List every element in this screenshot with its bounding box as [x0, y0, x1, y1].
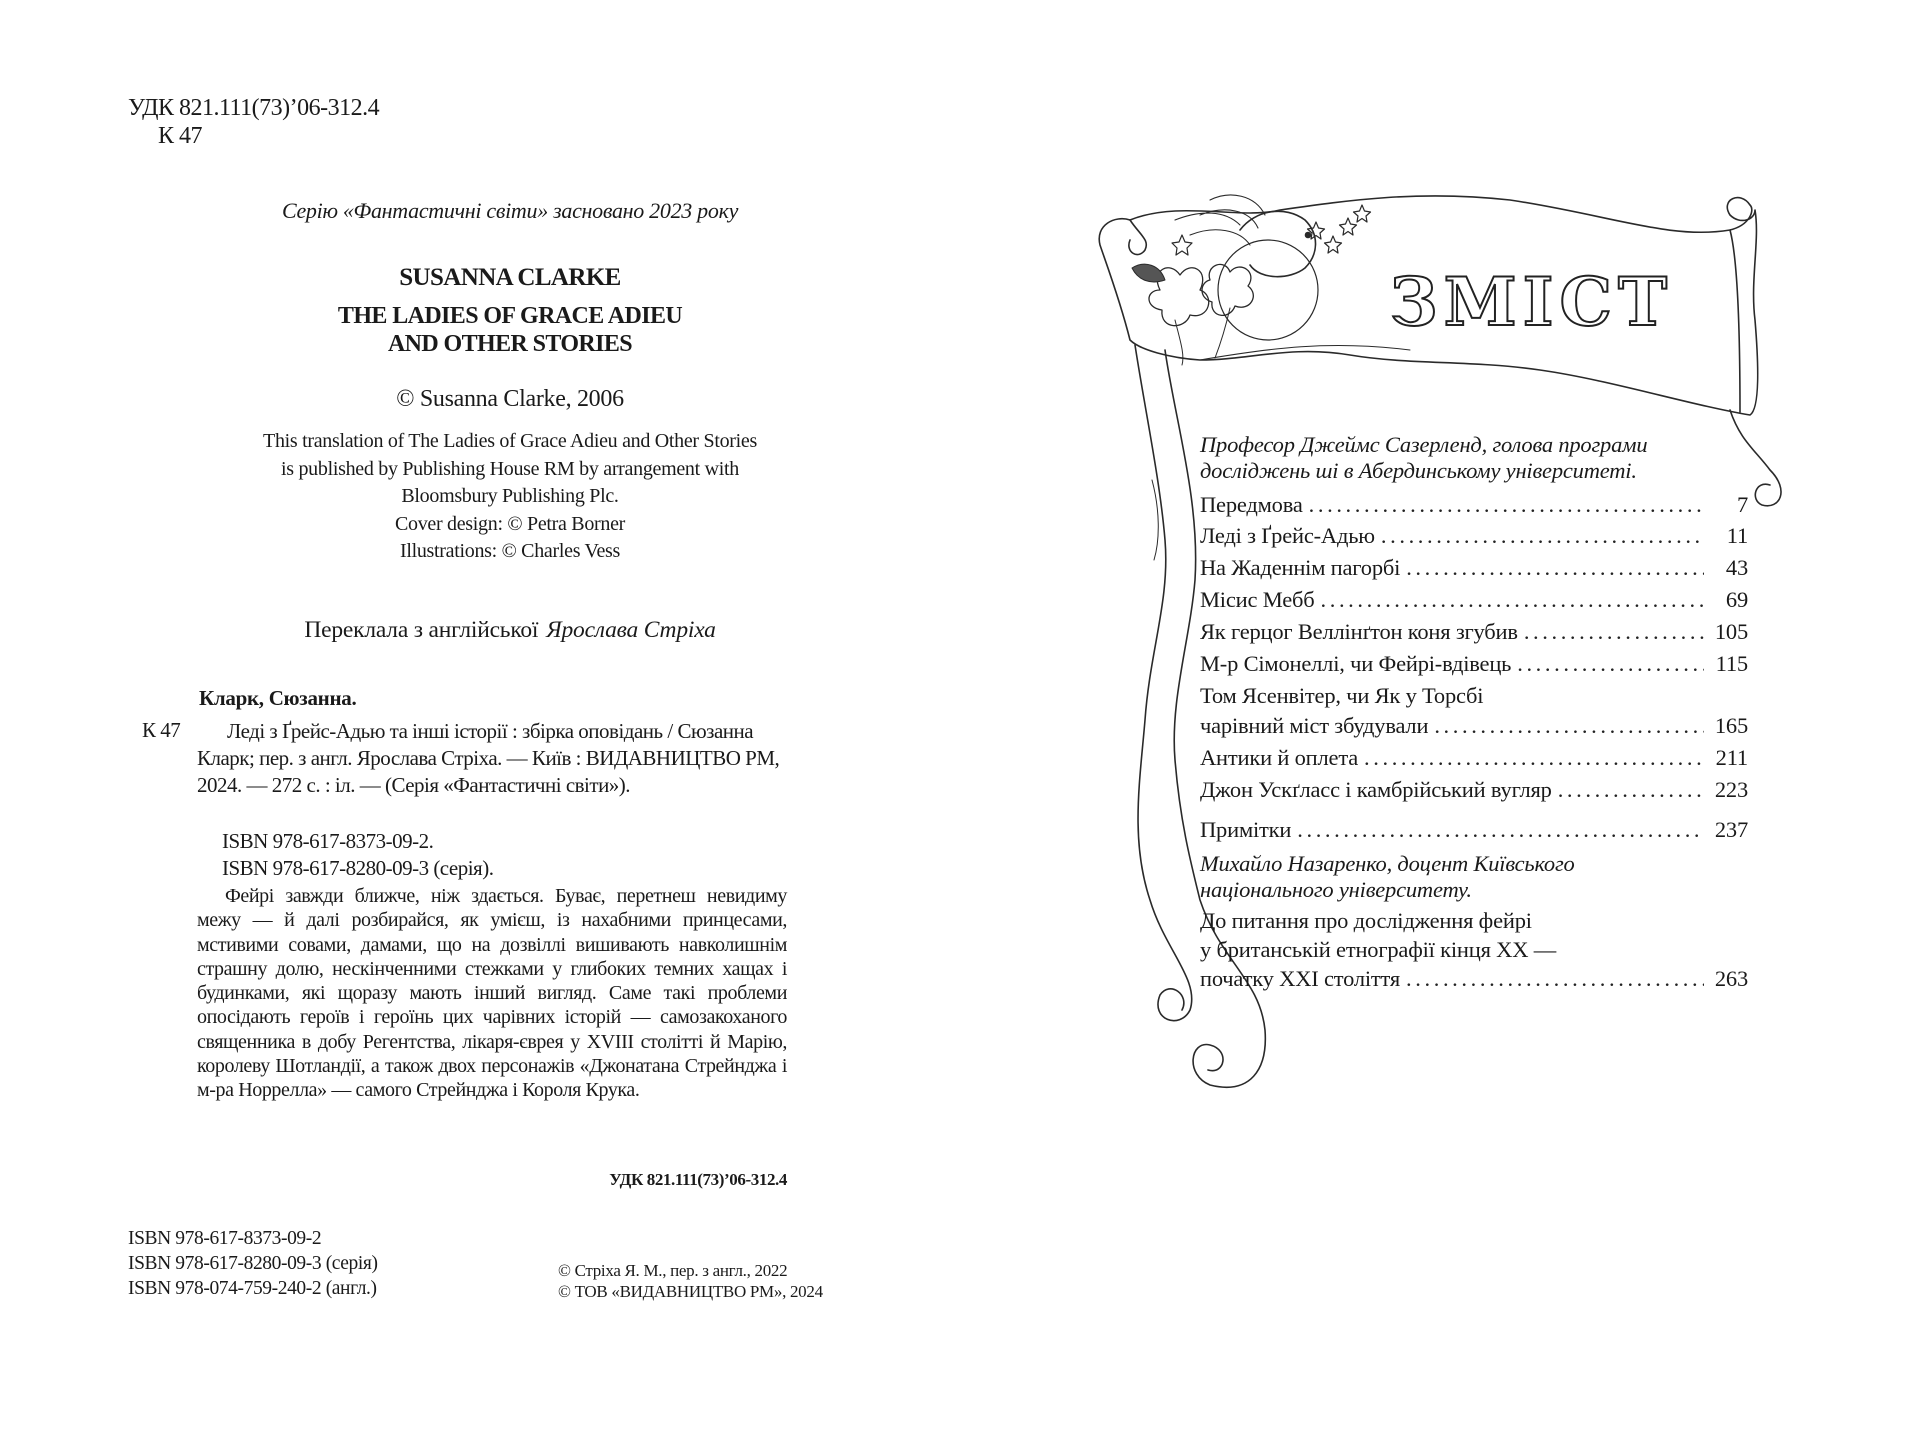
toc-entry[interactable]: Леді з Ґрейс-Адью11	[1200, 523, 1748, 555]
leader-dots	[1381, 523, 1704, 549]
author-mark: К 47	[158, 122, 202, 150]
credit-line: is published by Publishing House RM by a…	[130, 456, 890, 484]
series-note: Серію «Фантастичні світи» засновано 2023…	[130, 198, 890, 224]
catalog-code: К 47	[142, 718, 180, 743]
toc-entry-title: Місис Мебб	[1200, 587, 1315, 613]
foreword-author-line: досліджень ші в Абердинському університе…	[1200, 458, 1748, 484]
catalog-udk: УДК 821.111(73)’06-312.4	[197, 1170, 787, 1190]
credit-line: Cover design: © Petra Borner	[130, 511, 890, 539]
toc-entry-page: 237	[1710, 817, 1748, 843]
translator-label: Переклала з англійської	[304, 617, 538, 643]
leader-dots	[1297, 817, 1704, 843]
leader-dots	[1364, 745, 1704, 771]
toc-entry-title: На Жаденнім пагорбі	[1200, 555, 1400, 581]
toc-entry[interactable]: На Жаденнім пагорбі43	[1200, 555, 1748, 587]
afterword-author-line: Михайло Назаренко, доцент Київського	[1200, 851, 1748, 877]
catalog-isbns: ISBN 978-617-8373-09-2. ISBN 978-617-828…	[222, 828, 493, 882]
credit-line: This translation of The Ladies of Grace …	[130, 428, 890, 456]
credit-line: Illustrations: © Charles Vess	[130, 538, 890, 566]
isbn-line: ISBN 978-617-8280-09-3 (серія)	[128, 1251, 378, 1276]
toc-entry-page: 211	[1710, 745, 1748, 771]
isbn-line: ISBN 978-617-8373-09-2	[128, 1226, 378, 1251]
toc-entry-title: чарівний міст збудували	[1200, 713, 1428, 739]
toc-entry-title: Антики й оплета	[1200, 745, 1358, 771]
toc-entry-title-line: Том Ясенвітер, чи Як у Торсбі	[1200, 683, 1748, 713]
toc-list: Передмова7 Леді з Ґрейс-Адью11 На Жаденн…	[1200, 492, 1748, 855]
toc-entry-afterword[interactable]: До питання про дослідження фейрі у брита…	[1200, 906, 1748, 993]
catalog-author: Кларк, Сюзанна.	[199, 686, 356, 711]
afterword-title-line: До питання про дослідження фейрі	[1200, 906, 1748, 935]
author-name-english: SUSANNA CLARKE	[130, 264, 890, 292]
rights-credits: This translation of The Ladies of Grace …	[130, 428, 890, 566]
afterword-author-line: національного університету.	[1200, 877, 1748, 903]
toc-entry[interactable]: Том Ясенвітер, чи Як у Торсбі чарівний м…	[1200, 683, 1748, 745]
catalog-isbn: ISBN 978-617-8280-09-3 (серія).	[222, 855, 493, 882]
toc-entry-title: М-р Сімонеллі, чи Фейрі-вдівець	[1200, 651, 1511, 677]
udk-code: УДК 821.111(73)’06-312.4	[128, 94, 379, 122]
toc-entry-page: 115	[1710, 651, 1748, 677]
catalog-description: Леді з Ґрейс-Адью та інші історії : збір…	[197, 718, 787, 799]
original-title: THE LADIES OF GRACE ADIEU AND OTHER STOR…	[130, 302, 890, 358]
leader-dots	[1309, 492, 1704, 518]
toc-entry-page: 11	[1710, 523, 1748, 549]
author-copyright: © Susanna Clarke, 2006	[130, 386, 890, 413]
toc-entry-title: Передмова	[1200, 492, 1303, 518]
original-title-line: THE LADIES OF GRACE ADIEU	[130, 302, 890, 330]
foreword-author: Професор Джеймс Сазерленд, голова програ…	[1200, 432, 1748, 484]
toc-entry-page: 69	[1710, 587, 1748, 613]
toc-entry-title: Примітки	[1200, 817, 1291, 843]
toc-entry-page: 7	[1710, 492, 1748, 518]
catalog-isbn: ISBN 978-617-8373-09-2.	[222, 828, 493, 855]
leader-dots	[1406, 964, 1704, 993]
toc-entry-page: 43	[1710, 555, 1748, 581]
toc-entry-title: Як герцог Веллінґтон коня згубив	[1200, 619, 1518, 645]
copyright-line: © Стріха Я. М., пер. з англ., 2022	[558, 1260, 866, 1281]
toc-entry-page: 165	[1710, 713, 1748, 739]
afterword-author: Михайло Назаренко, доцент Київського нац…	[1200, 851, 1748, 903]
afterword-title-line: у британській етнографії кінця XX —	[1200, 935, 1748, 964]
toc-entry[interactable]: Як герцог Веллінґтон коня згубив105	[1200, 619, 1748, 651]
toc-entry[interactable]: Примітки237	[1200, 817, 1748, 855]
leader-dots	[1558, 777, 1704, 803]
translator-credit: Переклала з англійськоїЯрослава Стріха	[130, 617, 890, 644]
leader-dots	[1434, 713, 1704, 739]
copyright-line: © ТОВ «ВИДАВНИЦТВО РМ», 2024	[558, 1281, 866, 1302]
credit-line: Bloomsbury Publishing Plc.	[130, 483, 890, 511]
toc-entry[interactable]: Джон Ускґласс і камбрійський вугляр223	[1200, 777, 1748, 817]
toc-entry-page: 263	[1710, 964, 1748, 993]
original-title-line: AND OTHER STORIES	[130, 330, 890, 358]
toc-entry-title: Леді з Ґрейс-Адью	[1200, 523, 1375, 549]
toc-entry[interactable]: Антики й оплета211	[1200, 745, 1748, 777]
leader-dots	[1524, 619, 1704, 645]
toc-entry-title: Джон Ускґласс і камбрійський вугляр	[1200, 777, 1552, 803]
afterword-title-line: початку XXI століття	[1200, 964, 1400, 993]
foreword-author-line: Професор Джеймс Сазерленд, голова програ…	[1200, 432, 1748, 458]
toc-entry[interactable]: Передмова7	[1200, 492, 1748, 523]
leader-dots	[1406, 555, 1704, 581]
toc-entry-page: 105	[1710, 619, 1748, 645]
contents-heading: ЗМІСТ	[1390, 263, 1673, 341]
catalog-abstract: Фейрі завжди ближче, ніж здається. Буває…	[197, 884, 787, 1103]
leader-dots	[1321, 587, 1705, 613]
toc-entry[interactable]: М-р Сімонеллі, чи Фейрі-вдівець115	[1200, 651, 1748, 683]
isbn-list: ISBN 978-617-8373-09-2 ISBN 978-617-8280…	[128, 1226, 378, 1301]
translator-name: Ярослава Стріха	[546, 617, 715, 643]
toc-entry-page: 223	[1710, 777, 1748, 803]
toc-entry[interactable]: Місис Мебб69	[1200, 587, 1748, 619]
leader-dots	[1517, 651, 1704, 677]
edition-copyrights: © Стріха Я. М., пер. з англ., 2022 © ТОВ…	[406, 1260, 866, 1302]
isbn-line: ISBN 978-074-759-240-2 (англ.)	[128, 1276, 378, 1301]
